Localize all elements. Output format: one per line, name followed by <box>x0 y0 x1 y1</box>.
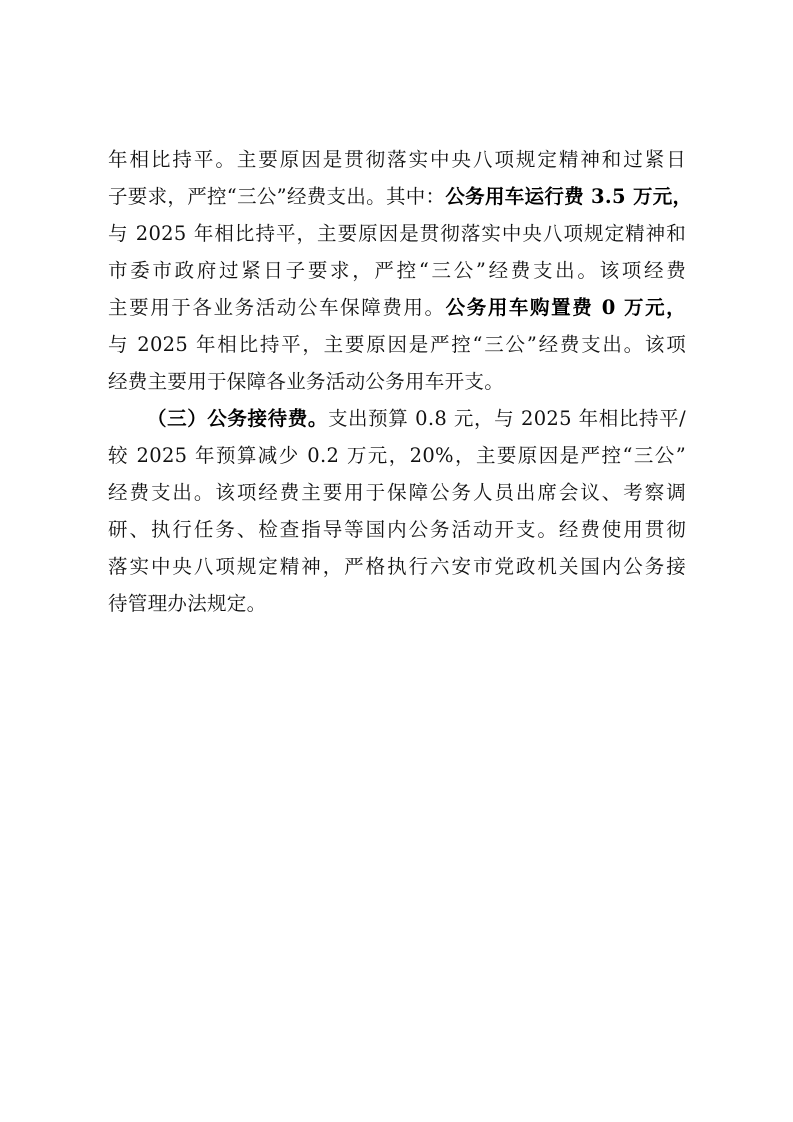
section-heading-line: （三）公务接待费。支出预算 0.8 元，与 2025 年相比持平/ <box>147 404 686 434</box>
text-segment: 支出预算 0.8 元，与 2025 年相比持平/ <box>328 407 686 430</box>
text-segment: 经费主要用于保障各业务活动公务用车开支。 <box>108 370 504 393</box>
paragraph-line: 经费支出。该项经费主要用于保障公务人员出席会议、考察调 <box>108 478 686 508</box>
paragraph-line: 市委市政府过紧日子要求，严控“三公”经费支出。该项经费 <box>108 256 686 286</box>
section-heading: （三）公务接待费。 <box>147 407 328 430</box>
paragraph-line: 与 2025 年相比持平，主要原因是严控“三公”经费支出。该项 <box>108 330 686 360</box>
paragraph-line: 与 2025 年相比持平，主要原因是贯彻落实中央八项规定精神和 <box>108 219 686 249</box>
text-segment: 待管理办法规定。 <box>108 592 266 615</box>
paragraph-line: 年相比持平。主要原因是贯彻落实中央八项规定精神和过紧日 <box>108 145 686 175</box>
bold-text-segment: 公务用车运行费 3.5 万元， <box>445 185 692 208</box>
text-segment: 研、执行任务、检查指导等国内公务活动开支。经费使用贯彻 <box>108 518 686 541</box>
document-page: 年相比持平。主要原因是贯彻落实中央八项规定精神和过紧日 子要求，严控“三公”经费… <box>0 0 793 1122</box>
text-segment: 主要用于各业务活动公车保障费用。 <box>108 296 446 319</box>
bold-text-segment: 公务用车购置费 0 万元， <box>446 296 686 319</box>
paragraph-line: 较 2025 年预算减少 0.2 万元，20%，主要原因是严控“三公” <box>108 441 686 471</box>
paragraph-line: 主要用于各业务活动公车保障费用。公务用车购置费 0 万元， <box>108 293 686 323</box>
paragraph-line: 子要求，严控“三公”经费支出。其中：公务用车运行费 3.5 万元， <box>108 182 686 212</box>
text-segment: 与 2025 年相比持平，主要原因是严控“三公”经费支出。该项 <box>108 333 686 356</box>
text-segment: 落实中央八项规定精神，严格执行六安市党政机关国内公务接 <box>108 555 686 578</box>
text-segment: 与 2025 年相比持平，主要原因是贯彻落实中央八项规定精神和 <box>108 222 686 245</box>
text-segment: 经费支出。该项经费主要用于保障公务人员出席会议、考察调 <box>108 481 686 504</box>
paragraph-line: 研、执行任务、检查指导等国内公务活动开支。经费使用贯彻 <box>108 515 686 545</box>
text-segment: 市委市政府过紧日子要求，严控“三公”经费支出。该项经费 <box>108 259 686 282</box>
text-segment: 子要求，严控“三公”经费支出。其中： <box>108 185 445 208</box>
text-segment: 年相比持平。主要原因是贯彻落实中央八项规定精神和过紧日 <box>108 148 686 171</box>
paragraph-line: 落实中央八项规定精神，严格执行六安市党政机关国内公务接 <box>108 552 686 582</box>
text-segment: 较 2025 年预算减少 0.2 万元，20%，主要原因是严控“三公” <box>108 444 686 467</box>
paragraph-line: 待管理办法规定。 <box>108 589 686 619</box>
paragraph-line: 经费主要用于保障各业务活动公务用车开支。 <box>108 367 686 397</box>
